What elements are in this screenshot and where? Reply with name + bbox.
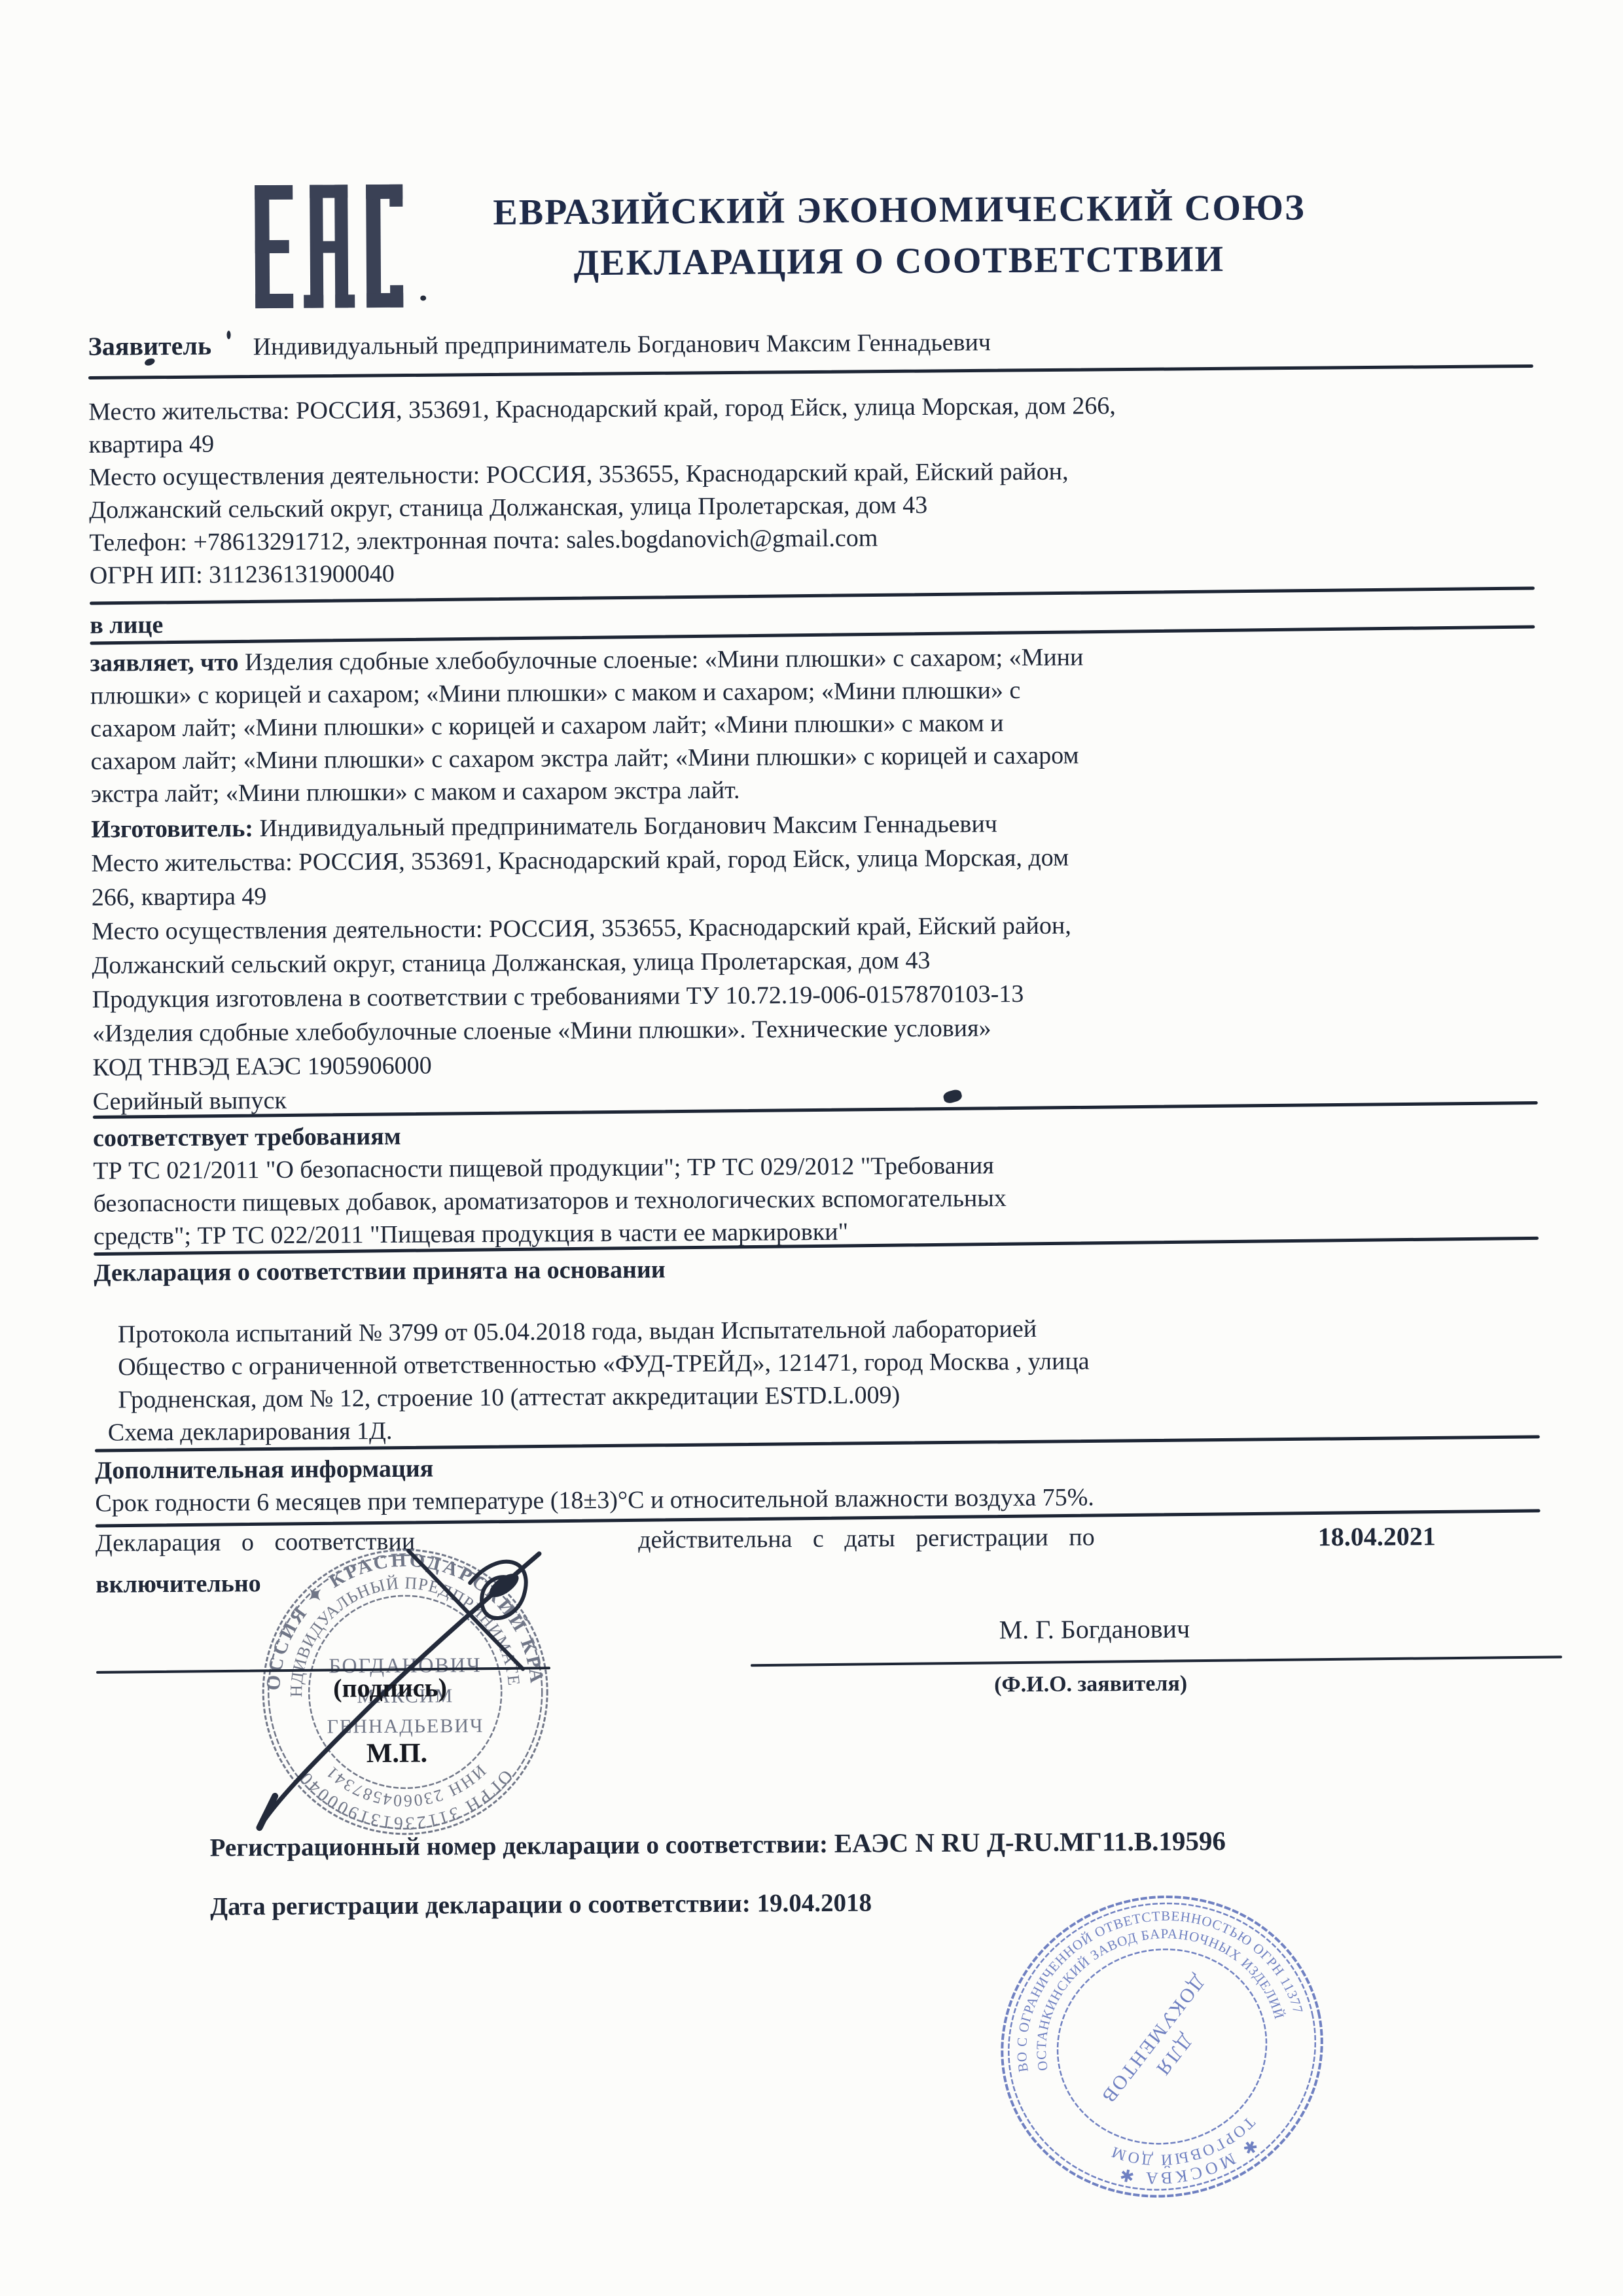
manufacturer-line: Продукция изготовлена в соответствии с т…	[92, 978, 1024, 1016]
registration-number-label: Регистрационный номер декларации о соотв…	[210, 1830, 829, 1862]
ink-speck	[942, 1088, 963, 1104]
registration-number-line: Регистрационный номер декларации о соотв…	[209, 1824, 1226, 1864]
ink-speck	[226, 330, 230, 339]
registration-date-label: Дата регистрации декларации о соответств…	[210, 1890, 751, 1921]
basis-label: Декларация о соответствии принята на осн…	[94, 1253, 666, 1289]
ink-speck	[420, 296, 426, 301]
statement-line: заявляет, что Изделия сдобные хлебобулоч…	[90, 641, 1083, 679]
applicant-details-line: Место жительства: РОССИЯ, 353691, Красно…	[88, 389, 1116, 429]
eac-logo	[253, 183, 404, 311]
manufacturer-line: Серийный выпуск	[93, 1084, 287, 1118]
manufacturer-line: «Изделия сдобные хлебобулочные слоеные «…	[92, 1012, 991, 1050]
statement-label: заявляет, что	[90, 648, 238, 677]
oval-stamp: ОБЩЕСТВО С ОГРАНИЧЕННОЙ ОТВЕТСТВЕННОСТЬЮ…	[984, 1885, 1340, 2214]
rule	[93, 1101, 1538, 1119]
manufacturer-line: Место жительства: РОССИЯ, 353691, Красно…	[91, 841, 1069, 880]
manufacturer-line-text: Индивидуальный предприниматель Богданови…	[253, 810, 997, 842]
scanned-content: ЕВРАЗИЙСКИЙ ЭКОНОМИЧЕСКИЙ СОЮЗ ДЕКЛАРАЦИ…	[0, 0, 1623, 2296]
compliance-line: ТР ТС 021/2011 "О безопасности пищевой п…	[93, 1149, 994, 1187]
basis-line: Общество с ограниченной ответственностью…	[118, 1345, 1090, 1383]
additional-line: Срок годности 6 месяцев при температуре …	[95, 1481, 1094, 1519]
declaration-title: ДЕКЛАРАЦИЯ О СООТВЕТСТВИИ	[493, 238, 1305, 285]
compliance-line: безопасности пищевых добавок, ароматизат…	[93, 1182, 1007, 1220]
mp-label: М.П.	[366, 1738, 428, 1770]
applicant-details-line: Должанский сельский округ, станица Должа…	[89, 489, 927, 527]
svg-text:✱ МОСКВА ✱: ✱ МОСКВА ✱	[1111, 2133, 1265, 2200]
rule	[88, 364, 1533, 380]
union-title: ЕВРАЗИЙСКИЙ ЭКОНОМИЧЕСКИЙ СОЮЗ	[493, 186, 1304, 234]
registration-date-value: 19.04.2018	[757, 1888, 872, 1917]
validity-line2: включительно	[96, 1567, 261, 1601]
registration-number-value: ЕАЭС N RU Д-RU.МГ11.В.19596	[834, 1826, 1226, 1858]
manufacturer-line: Место осуществления деятельности: РОССИЯ…	[92, 910, 1071, 948]
fio-name: М. Г. Богданович	[999, 1612, 1190, 1646]
statement-line: плюшки» с корицей и сахаром; «Мини плюшк…	[90, 674, 1021, 713]
manufacturer-line: Должанский сельский округ, станица Должа…	[92, 944, 930, 982]
applicant-details-line: квартира 49	[88, 428, 214, 461]
statement-line-text: Изделия сдобные хлебобулочные слоеные: «…	[238, 643, 1083, 676]
fio-label: (Ф.И.О. заявителя)	[994, 1668, 1187, 1702]
manufacturer-line: 266, квартира 49	[92, 880, 267, 914]
applicant-label: Заявитель	[88, 330, 211, 363]
applicant-name: Индивидуальный предприниматель Богданови…	[253, 326, 991, 363]
fio-line	[751, 1655, 1562, 1667]
manufacturer-line: Изготовитель: Индивидуальный предпринима…	[91, 807, 997, 845]
validity-text: действительна с даты регистрации по	[638, 1523, 1095, 1556]
compliance-label: соответствует требованиям	[93, 1120, 401, 1155]
sign-label: (подпись)	[333, 1672, 447, 1703]
statement-line: экстра лайт; «Мини плюшки» с маком и сах…	[91, 774, 740, 811]
additional-label: Дополнительная информация	[95, 1453, 433, 1487]
document-page: ЕВРАЗИЙСКИЙ ЭКОНОМИЧЕСКИЙ СОЮЗ ДЕКЛАРАЦИ…	[0, 0, 1623, 2296]
manufacturer-label: Изготовитель:	[91, 815, 253, 843]
applicant-details-line: Место осуществления деятельности: РОССИЯ…	[89, 455, 1069, 494]
applicant-details-line: Телефон: +78613291712, электронная почта…	[89, 521, 878, 559]
statement-line: сахаром лайт; «Мини плюшки» с сахаром эк…	[90, 739, 1079, 778]
applicant-details-line: ОГРН ИП: 311236131900040	[90, 557, 395, 592]
basis-line: Схема декларирования 1Д.	[108, 1415, 393, 1449]
manufacturer-line: КОД ТНВЭД ЕАЭС 1905906000	[92, 1050, 432, 1084]
validity-date: 18.04.2021	[1318, 1521, 1436, 1552]
statement-line: сахаром лайт; «Мини плюшки» с корицей и …	[90, 707, 1004, 745]
in-person-label: в лице	[90, 609, 163, 642]
basis-line: Гродненская, дом № 12, строение 10 (атте…	[118, 1379, 900, 1416]
basis-line: Протокола испытаний № 3799 от 05.04.2018…	[118, 1313, 1037, 1351]
registration-date-line: Дата регистрации декларации о соответств…	[210, 1886, 872, 1923]
